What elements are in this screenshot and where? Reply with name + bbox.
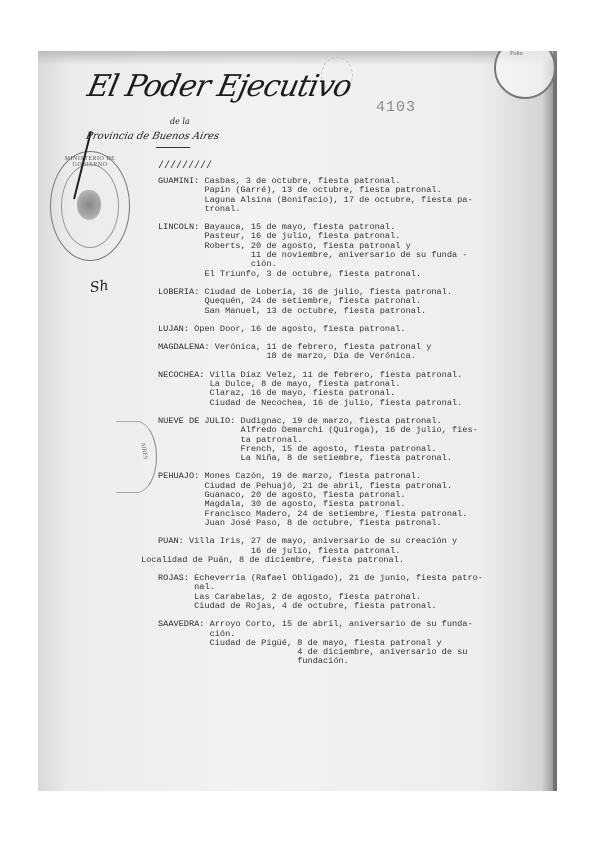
- page-edge-shadow: [553, 51, 557, 791]
- letterhead-de-la: de la: [170, 117, 190, 126]
- section-label: LUJAN:: [158, 325, 189, 334]
- section-lincoln: LINCOLN: Bayauca, 15 de mayo, fiesta pat…: [158, 223, 553, 279]
- section-loberia: LOBERIA: Ciudad de Lobería, 16 de julio,…: [158, 288, 553, 316]
- section-entries: Arroyo Corto, 15 de abril, aniversario d…: [210, 620, 553, 666]
- letterhead-rule: [156, 147, 190, 148]
- section-rojas: ROJAS: Echeverría (Rafael Obligado), 21 …: [158, 574, 553, 611]
- section-lujan: LUJAN: Open Door, 16 de agosto, fiesta p…: [158, 325, 553, 334]
- letterhead: El Poder Ejecutivo de la Provincia de Bu…: [88, 69, 308, 104]
- section-label: SAAVEDRA:: [158, 620, 204, 666]
- entry-line: Localidad de Puán, 8 de diciembre, fiest…: [141, 556, 553, 565]
- section-label: PEHUAJO:: [158, 472, 199, 528]
- section-puan: PUAN: Villa Iris, 27 de mayo, aniversari…: [158, 537, 553, 565]
- entry-line: Ciudad de Necochea, 16 de julio, fiesta …: [210, 399, 553, 408]
- entry-line: 18 de marzo, Día de Verónica.: [215, 352, 553, 361]
- handwritten-initials: Sh: [89, 278, 110, 296]
- partial-lower-seal: AIRES: [116, 421, 157, 493]
- entry-line: Juan José Paso, 8 de octubre, fiesta pat…: [204, 519, 553, 528]
- entry-line: fundación.: [210, 657, 553, 666]
- section-saavedra: SAAVEDRA: Arroyo Corto, 15 de abril, ani…: [158, 620, 553, 666]
- entry-line: Open Door, 16 de agosto, fiesta patronal…: [194, 325, 553, 334]
- section-necochea: NECOCHEA: Villa Díaz Velez, 11 de febrer…: [158, 371, 553, 408]
- section-entries: Ciudad de Lobería, 16 de julio, fiesta p…: [204, 288, 553, 316]
- coat-of-arms-icon: [77, 190, 101, 220]
- letterhead-title: El Poder Ejecutivo: [84, 69, 311, 104]
- section-nueve-de-julio: NUEVE DE JULIO: Dudignac, 19 de marzo, f…: [158, 417, 553, 463]
- section-guamini: GUAMINI: Casbas, 3 de octubre, fiesta pa…: [158, 177, 553, 214]
- entry-line: La Niña, 8 de setiembre, fiesta patronal…: [241, 454, 553, 463]
- entry-line: El Triunfo, 3 de octubre, fiesta patrona…: [204, 270, 553, 279]
- entry-line: Echeverría (Rafael Obligado), 21 de juni…: [194, 574, 553, 583]
- section-entries: Villa Iris, 27 de mayo, aniversario de s…: [189, 537, 553, 565]
- section-label: GUAMINI:: [158, 177, 199, 214]
- lower-seal-text: AIRES: [139, 442, 148, 460]
- separator-slashes: /////////: [158, 161, 212, 172]
- section-label: NUEVE DE JULIO:: [158, 417, 235, 463]
- scanned-document-page: Folio El Poder Ejecutivo de la Provincia…: [38, 51, 557, 791]
- entry-line: tronal.: [204, 205, 553, 214]
- section-entries: Casbas, 3 de octubre, fiesta patronal. P…: [204, 177, 553, 214]
- entry-line: San Manuel, 13 de octubre, fiesta patron…: [204, 307, 553, 316]
- entry-line: Ciudad de Rojas, 4 de octubre, fiesta pa…: [194, 602, 553, 611]
- section-entries: Open Door, 16 de agosto, fiesta patronal…: [194, 325, 553, 334]
- section-entries: Dudignac, 19 de marzo, fiesta patronal. …: [241, 417, 553, 463]
- section-entries: Verónica, 11 de febrero, fiesta patronal…: [215, 343, 553, 362]
- document-body: GUAMINI: Casbas, 3 de octubre, fiesta pa…: [158, 177, 553, 676]
- corner-folio-stamp: Folio: [494, 51, 556, 99]
- ministry-seal: MINISTERIO DE GOBIERNO: [50, 151, 130, 261]
- section-label: LOBERIA:: [158, 288, 199, 316]
- section-pehuajo: PEHUAJO: Mones Cazón, 19 de marzo, fiest…: [158, 472, 553, 528]
- section-entries: Bayauca, 15 de mayo, fiesta patronal. Pa…: [204, 223, 553, 279]
- section-label: ROJAS:: [158, 574, 189, 611]
- section-label: NECOCHEA:: [158, 371, 204, 408]
- entry-line: Arroyo Corto, 15 de abril, aniversario d…: [210, 620, 553, 629]
- entry-line: Laguna Alsina (Bonifacio), 17 de octubre…: [204, 196, 553, 205]
- section-magdalena: MAGDALENA: Verónica, 11 de febrero, fies…: [158, 343, 553, 362]
- letterhead-province: Provincia de Buenos Aires: [85, 131, 220, 142]
- section-entries: Echeverría (Rafael Obligado), 21 de juni…: [194, 574, 553, 611]
- section-label: LINCOLN:: [158, 223, 199, 279]
- section-entries: Mones Cazón, 19 de marzo, fiesta patrona…: [204, 472, 553, 528]
- section-label: MAGDALENA:: [158, 343, 210, 362]
- section-entries: Villa Díaz Velez, 11 de febrero, fiesta …: [210, 371, 553, 408]
- document-number: 4103: [376, 99, 416, 116]
- corner-stamp-text: Folio: [510, 51, 523, 57]
